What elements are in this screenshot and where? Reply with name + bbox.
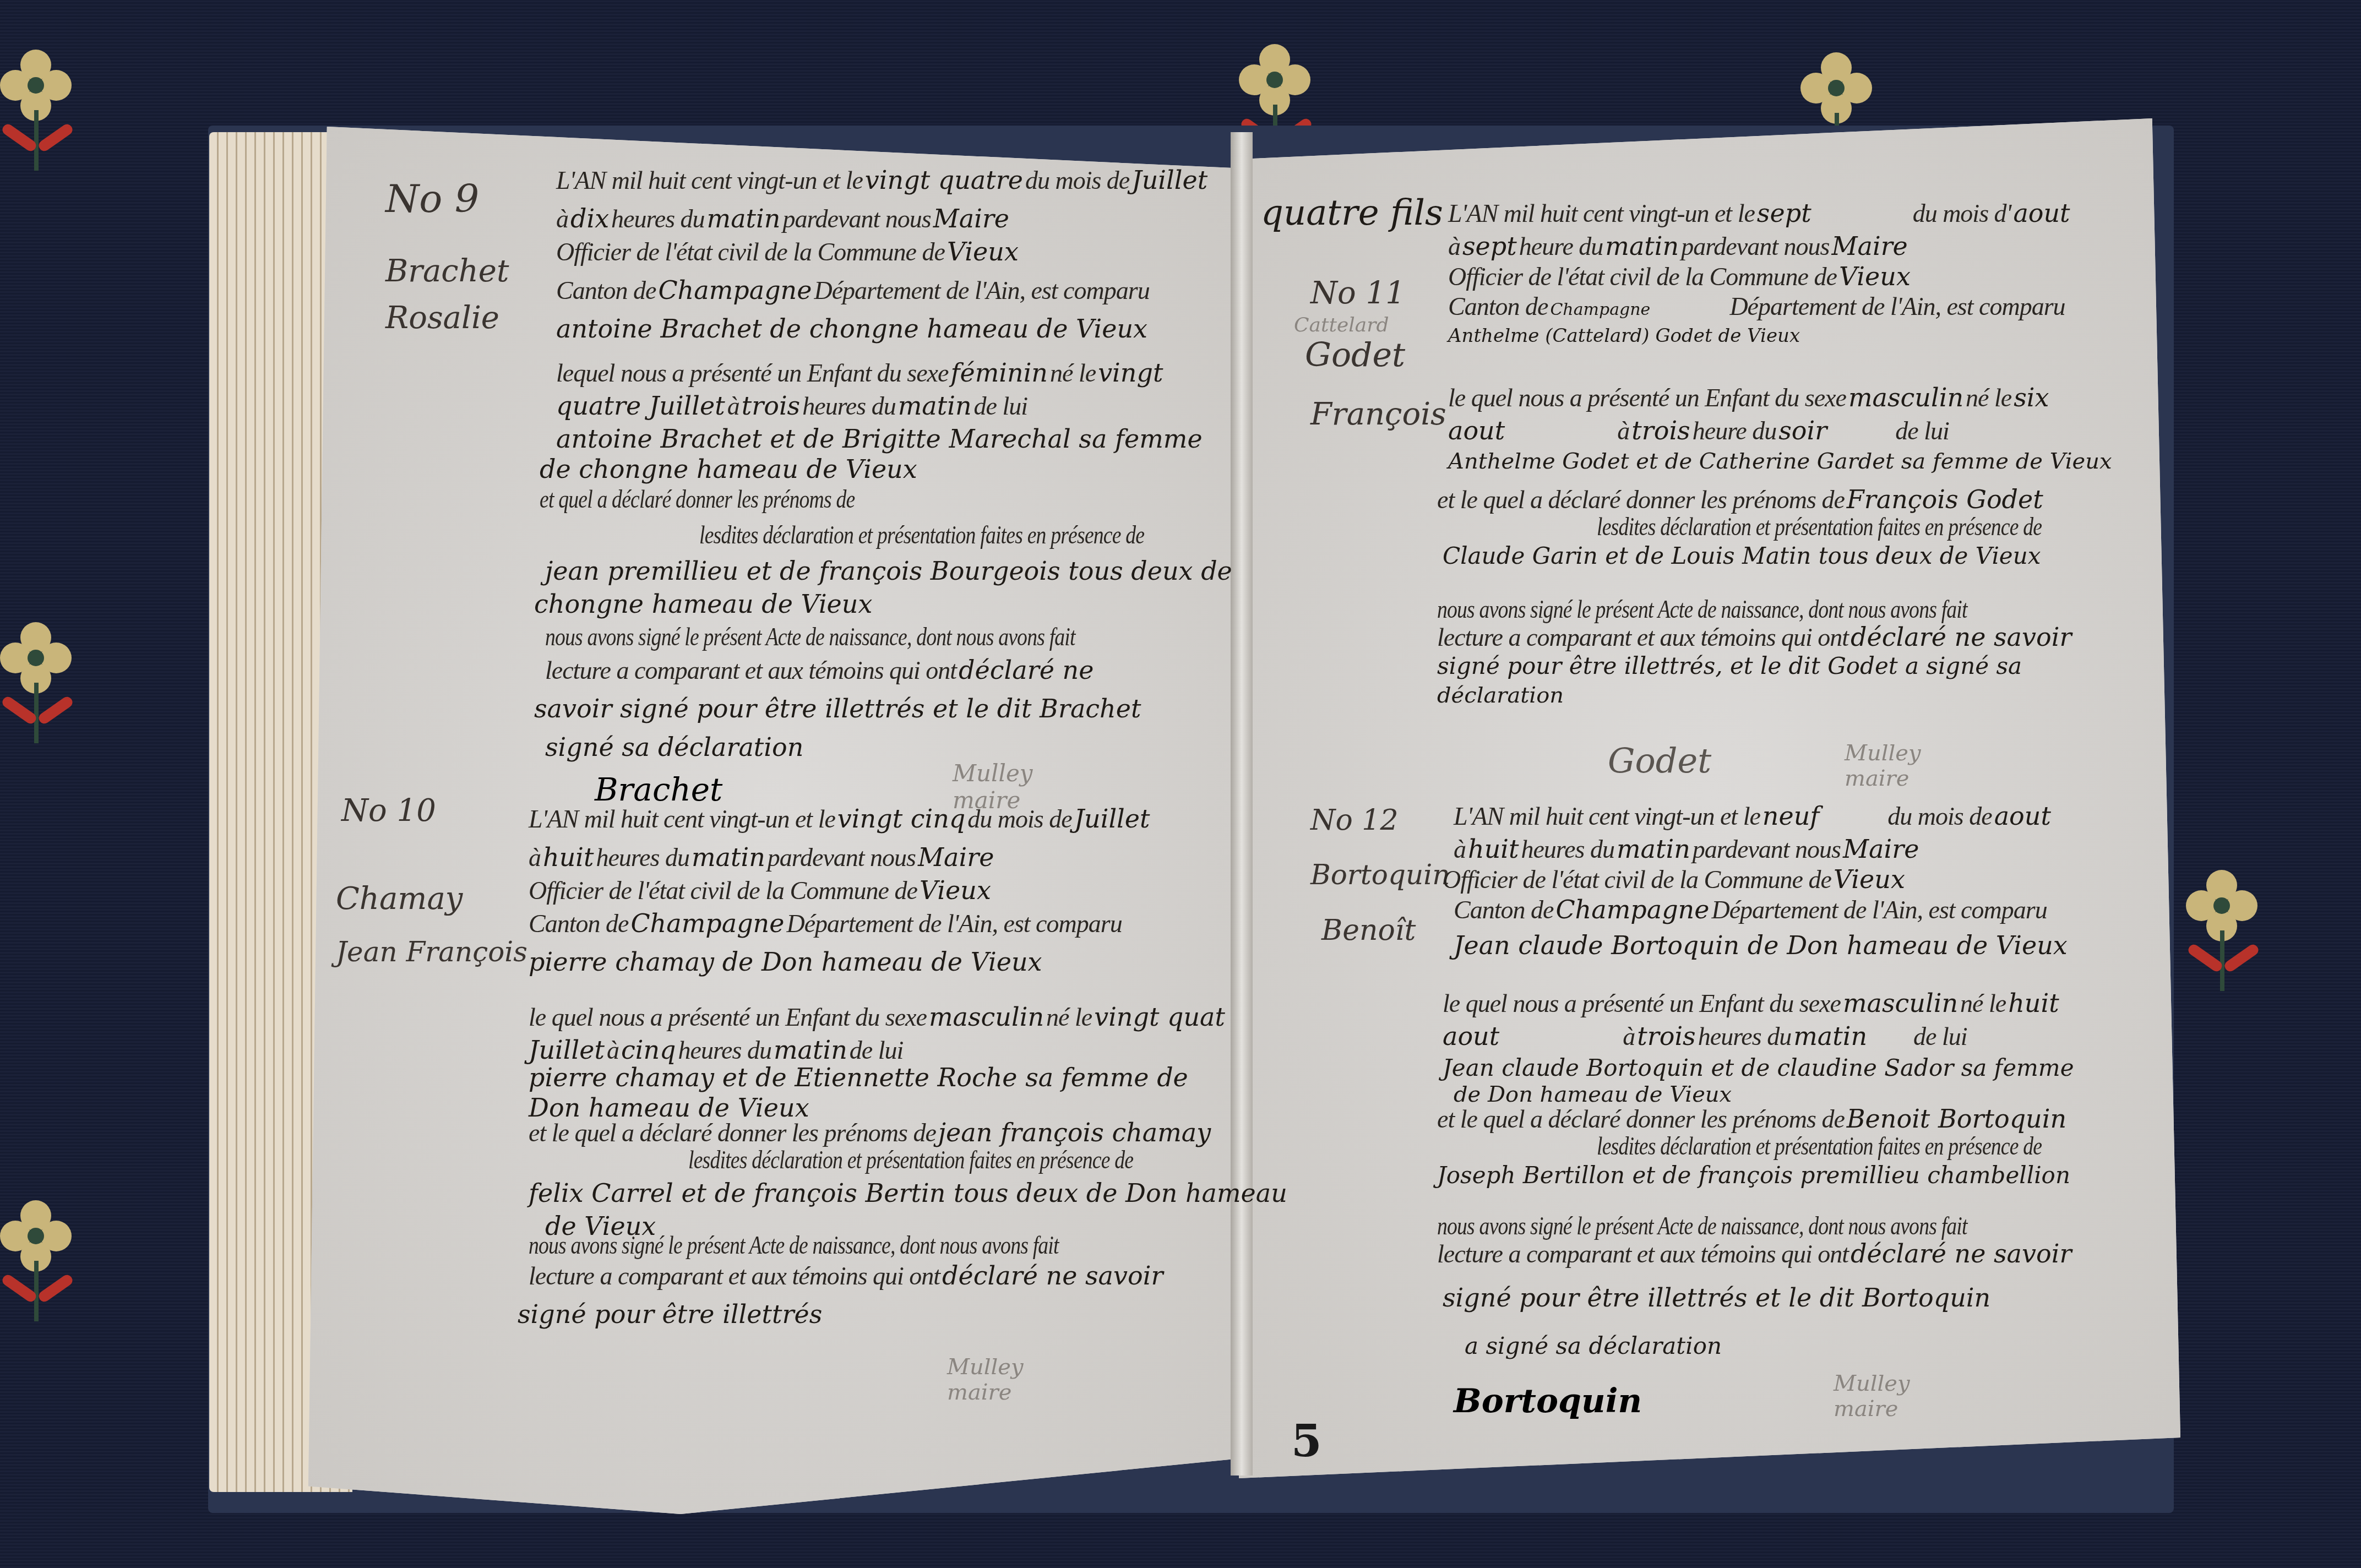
- handwritten-text: sept: [1757, 198, 1811, 228]
- handwritten-text: signé pour être illettrés: [518, 1299, 822, 1329]
- handwritten-text: François Godet: [1847, 484, 2043, 514]
- printed-text: Département de l'Ain, est comparu: [1711, 896, 2047, 924]
- act-line: lecture a comparant et aux témoins qui o…: [1437, 1239, 2071, 1268]
- handwritten-text: pierre chamay et de Etiennette Roche sa …: [529, 1063, 1188, 1092]
- handwritten-text: matin: [692, 842, 765, 872]
- handwritten-text: signé sa déclaration: [545, 732, 803, 762]
- printed-text: du mois de: [1025, 166, 1129, 194]
- printed-text: né le: [1960, 989, 2006, 1017]
- handwritten-text: huit: [1468, 834, 1519, 864]
- printed-text: pardevant nous: [1681, 232, 1829, 260]
- handwritten-text: masculin: [929, 1002, 1044, 1032]
- act-line: Officier de l'état civil de la Commune d…: [556, 237, 1019, 266]
- handwritten-text: savoir signé pour être illettrés et le d…: [534, 694, 1141, 723]
- handwritten-text: Jean claude Bortoquin de Don hameau de V…: [1454, 930, 2068, 960]
- printed-text: nous avons signé le présent Acte de nais…: [1437, 595, 1967, 624]
- printed-text: nous avons signé le présent Acte de nais…: [1437, 1211, 1967, 1240]
- printed-text: de lui: [850, 1036, 903, 1064]
- handwritten-text: masculin: [1848, 383, 1963, 412]
- printed-text: L'AN mil huit cent vingt-un et le: [1448, 199, 1755, 227]
- handwritten-text: trois: [742, 391, 801, 421]
- top-margin-note: quatre fils: [1261, 193, 1443, 233]
- printed-text: pardevant nous: [768, 843, 916, 872]
- printed-text: nous avons signé le présent Acte de nais…: [545, 622, 1075, 651]
- handwritten-text: aout: [1443, 1021, 1499, 1051]
- printed-text: né le: [1050, 359, 1096, 387]
- printed-text: à: [1623, 1022, 1635, 1050]
- handwritten-text: Maire: [933, 204, 1009, 233]
- printed-text: à: [556, 205, 568, 233]
- handwritten-text: signé pour être illettrés, et le dit God…: [1437, 652, 2022, 679]
- printed-text: heure du: [1519, 232, 1603, 260]
- printed-text: pardevant nous: [1693, 835, 1841, 863]
- printed-text: de lui: [1895, 417, 1949, 445]
- signature-declarant: Brachet: [595, 771, 722, 808]
- act-number: No 10: [341, 793, 436, 829]
- act-line: L'AN mil huit cent vingt-un et le vingt …: [556, 165, 1207, 195]
- handwritten-text: matin: [1617, 834, 1690, 864]
- margin-surname: Bortoquin: [1310, 859, 1450, 891]
- handwritten-text: matin: [1605, 231, 1679, 261]
- printed-text: lesdites déclaration et présentation fai…: [1597, 1131, 2042, 1161]
- handwritten-text: masculin: [1843, 988, 1958, 1018]
- handwritten-text: antoine Brachet de chongne hameau de Vie…: [556, 314, 1147, 344]
- signature-declarant: Godet: [1608, 741, 1711, 781]
- printed-text: à: [1617, 417, 1629, 445]
- act-line: Canton de Champagne Département de l'Ain…: [1448, 292, 2065, 321]
- handwritten-text: Maire: [918, 842, 994, 872]
- handwritten-text: féminin: [950, 358, 1048, 388]
- margin-given-name: Rosalie: [385, 300, 499, 336]
- printed-text: à: [607, 1036, 619, 1064]
- act-line: aout à trois heures du matin de lui: [1443, 1021, 1967, 1051]
- handwritten-text: Vieux: [1834, 864, 1905, 894]
- act-line: L'AN mil huit cent vingt-un et le vingt …: [529, 804, 1150, 834]
- handwritten-text: Champagne: [630, 908, 784, 938]
- printed-text: du mois de: [967, 805, 1071, 833]
- handwritten-text: vingt quat: [1094, 1002, 1225, 1032]
- printed-text: Département de l'Ain, est comparu: [1729, 292, 2065, 320]
- handwritten-text: aout: [2013, 198, 2070, 228]
- act-line: à sept heure du matin pardevant nous Mai…: [1448, 231, 1908, 261]
- printed-text: heure du: [1693, 417, 1777, 445]
- handwritten-text: pierre chamay de Don hameau de Vieux: [529, 947, 1042, 977]
- margin-given-name: Benoît: [1321, 914, 1416, 947]
- printed-text: lesdites déclaration et présentation fai…: [688, 1145, 1133, 1174]
- act-line: Officier de l'état civil de la Commune d…: [1448, 262, 1911, 291]
- printed-text: pardevant nous: [782, 205, 931, 233]
- handwritten-text: déclaré ne savoir: [1851, 622, 2071, 652]
- handwritten-text: dix: [570, 204, 609, 233]
- handwritten-text: huit: [543, 842, 594, 872]
- printed-text: Canton de: [556, 276, 656, 304]
- act-line: le quel nous a présenté un Enfant du sex…: [1443, 988, 2059, 1018]
- handwritten-text: Champagne: [1550, 300, 1650, 319]
- signature-mayor: Mulley maire: [1834, 1371, 1922, 1422]
- handwritten-text: Vieux: [1839, 262, 1911, 291]
- printed-text: à: [727, 392, 739, 420]
- book-gutter: [1231, 132, 1253, 1476]
- handwritten-text: signé pour être illettrés et le dit Bort…: [1443, 1283, 1990, 1313]
- printed-text: né le: [1046, 1003, 1092, 1031]
- handwritten-text: Anthelme (Cattelard) Godet de Vieux: [1448, 325, 1800, 347]
- handwritten-text: vingt: [1098, 358, 1163, 388]
- printed-text: lecture a comparant et aux témoins qui o…: [1437, 1240, 1848, 1268]
- handwritten-text: cinq: [621, 1035, 676, 1065]
- printed-text: du mois de: [1887, 802, 1992, 830]
- printed-text: Canton de: [1448, 292, 1548, 320]
- printed-text: heures du: [678, 1036, 771, 1064]
- printed-text: du mois d': [1913, 199, 2011, 227]
- printed-text: lesdites déclaration et présentation fai…: [1597, 512, 2042, 541]
- printed-text: Officier de l'état civil de la Commune d…: [1448, 263, 1837, 291]
- handwritten-text: Vieux: [947, 237, 1019, 266]
- handwritten-text: vingt quatre: [865, 165, 1023, 195]
- printed-text: heures du: [611, 205, 704, 233]
- handwritten-text: Maire: [1843, 834, 1919, 864]
- handwritten-text: Benoit Bortoquin: [1847, 1104, 2066, 1134]
- printed-text: L'AN mil huit cent vingt-un et le: [1454, 802, 1760, 830]
- handwritten-text: Champagne: [1555, 895, 1709, 924]
- margin-surname: Brachet: [385, 253, 509, 289]
- act-line: quatre Juillet à trois heures du matin d…: [556, 391, 1027, 421]
- handwritten-text: six: [2014, 383, 2049, 412]
- handwritten-text: chongne hameau de Vieux: [534, 589, 872, 619]
- act-line: à huit heures du matin pardevant nous Ma…: [529, 842, 994, 872]
- printed-text: le quel nous a présenté un Enfant du sex…: [1443, 989, 1841, 1017]
- cloth-flower-icon: [0, 1200, 77, 1327]
- printed-text: lesdites déclaration et présentation fai…: [699, 520, 1144, 549]
- handwritten-text: antoine Brachet et de Brigitte Marechal …: [556, 424, 1203, 454]
- handwritten-text: Juillet: [1131, 165, 1207, 195]
- act-line: lequel nous a présenté un Enfant du sexe…: [556, 358, 1163, 388]
- handwritten-text: déclaré ne savoir: [1851, 1239, 2071, 1268]
- act-line: Officier de l'état civil de la Commune d…: [1443, 864, 1905, 894]
- act-line: le quel nous a présenté un Enfant du sex…: [529, 1002, 1225, 1032]
- handwritten-text: Jean claude Bortoquin et de claudine Sad…: [1443, 1054, 2074, 1081]
- printed-text: né le: [1966, 384, 2011, 412]
- printed-text: L'AN mil huit cent vingt-un et le: [556, 166, 863, 194]
- handwritten-text: aout: [1448, 416, 1505, 445]
- handwritten-text: matin: [1793, 1021, 1867, 1051]
- handwritten-text: Juillet: [1074, 804, 1150, 834]
- signature-declarant: Bortoquin: [1454, 1382, 1642, 1420]
- act-line: lecture a comparant et aux témoins qui o…: [529, 1261, 1163, 1291]
- printed-text: Officier de l'état civil de la Commune d…: [1443, 865, 1831, 894]
- printed-text: lecture a comparant et aux témoins qui o…: [1437, 623, 1848, 651]
- handwritten-text: sept: [1462, 231, 1517, 261]
- printed-text: lecture a comparant et aux témoins qui o…: [529, 1262, 940, 1290]
- printed-text: lecture a comparant et aux témoins qui o…: [545, 656, 956, 684]
- printed-text: le quel nous a présenté un Enfant du sex…: [1448, 384, 1846, 412]
- handwritten-text: Champagne: [658, 275, 812, 305]
- act-line: Juillet à cinq heures du matin de lui: [529, 1035, 903, 1065]
- signature-mayor: Mulley maire: [947, 1354, 1035, 1405]
- act-line: L'AN mil huit cent vingt-un et le sept d…: [1448, 198, 2070, 228]
- handwritten-text: aout: [1994, 801, 2051, 831]
- printed-text: et le quel a déclaré donner les prénoms …: [529, 1119, 936, 1147]
- handwritten-text: jean françois chamay: [938, 1118, 1211, 1147]
- handwritten-text: Anthelme Godet et de Catherine Gardet sa…: [1448, 449, 2112, 474]
- handwritten-text: matin: [707, 204, 781, 233]
- handwritten-text: soir: [1778, 416, 1827, 445]
- handwritten-text: déclaration: [1437, 683, 1564, 708]
- handwritten-text: trois: [1637, 1021, 1696, 1051]
- printed-text: heures du: [802, 392, 895, 420]
- printed-text: L'AN mil huit cent vingt-un et le: [529, 805, 835, 833]
- printed-text: nous avons signé le présent Acte de nais…: [529, 1231, 1059, 1260]
- act-line: lecture a comparant et aux témoins qui o…: [545, 655, 1094, 685]
- act-line: à huit heures du matin pardevant nous Ma…: [1454, 834, 1919, 864]
- handwritten-text: trois: [1631, 416, 1690, 445]
- act-line: le quel nous a présenté un Enfant du sex…: [1448, 383, 2049, 412]
- handwritten-text: jean premillieu et de françois Bourgeois…: [545, 556, 1232, 586]
- act-line: à dix heures du matin pardevant nous Mai…: [556, 204, 1009, 233]
- handwritten-text: déclaré ne: [959, 655, 1094, 685]
- printed-text: et le quel a déclaré donner les prénoms …: [1437, 1105, 1845, 1133]
- printed-text: de lui: [974, 392, 1027, 420]
- act-line: lecture a comparant et aux témoins qui o…: [1437, 622, 2071, 652]
- cloth-flower-icon: [0, 622, 77, 749]
- printed-text: heures du: [1521, 835, 1614, 863]
- printed-text: de lui: [1913, 1022, 1967, 1050]
- margin-extra-name: Cattelard: [1294, 314, 1389, 336]
- act-line: L'AN mil huit cent vingt-un et le neuf d…: [1454, 801, 2051, 831]
- handwritten-text: felix Carrel et de françois Bertin tous …: [529, 1178, 1287, 1208]
- act-number: No 11: [1310, 275, 1405, 311]
- margin-surname: Chamay: [336, 881, 463, 917]
- margin-given-name: François: [1310, 396, 1446, 432]
- printed-text: à: [529, 843, 541, 872]
- act-number: No 12: [1310, 804, 1399, 837]
- printed-text: Département de l'Ain, est comparu: [814, 276, 1149, 304]
- signature-mayor: Mulley maire: [1845, 741, 1933, 791]
- act-line: Canton de Champagne Département de l'Ain…: [1454, 895, 2047, 924]
- act-line: aout à trois heure du soir de lui: [1448, 416, 1949, 445]
- act-line: Canton de Champagne Département de l'Ain…: [556, 275, 1150, 305]
- handwritten-text: de chongne hameau de Vieux: [540, 454, 917, 484]
- printed-text: lequel nous a présenté un Enfant du sexe: [556, 359, 948, 387]
- act-line: et le quel a déclaré donner les prénoms …: [529, 1118, 1211, 1147]
- printed-text: à: [1454, 835, 1466, 863]
- printed-text: le quel nous a présenté un Enfant du sex…: [529, 1003, 927, 1031]
- cloth-flower-icon: [0, 50, 77, 176]
- handwritten-text: huit: [2008, 988, 2059, 1018]
- printed-text: Officier de l'état civil de la Commune d…: [529, 876, 917, 905]
- handwritten-text: quatre Juillet: [556, 391, 725, 421]
- handwritten-text: neuf: [1762, 801, 1820, 831]
- handwritten-text: Claude Garin et de Louis Matin tous deux…: [1443, 542, 2041, 569]
- printed-text: et le quel a déclaré donner les prénoms …: [1437, 486, 1845, 514]
- printed-text: heures du: [1698, 1022, 1791, 1050]
- printed-text: à: [1448, 232, 1460, 260]
- printed-text: Canton de: [529, 910, 628, 938]
- act-line: et le quel a déclaré donner les prénoms …: [1437, 1104, 2066, 1134]
- handwritten-text: matin: [898, 391, 972, 421]
- printed-text: heures du: [596, 843, 689, 872]
- handwritten-text: Joseph Bertillon et de françois premilli…: [1437, 1162, 2070, 1189]
- act-line: Officier de l'état civil de la Commune d…: [529, 875, 991, 905]
- margin-surname: Godet: [1305, 336, 1405, 374]
- handwritten-text: Juillet: [529, 1035, 605, 1065]
- handwritten-text: Maire: [1831, 231, 1907, 261]
- act-line: et le quel a déclaré donner les prénoms …: [1437, 484, 2043, 514]
- handwritten-text: matin: [774, 1035, 847, 1065]
- printed-text: Canton de: [1454, 896, 1553, 924]
- cloth-flower-icon: [2180, 870, 2263, 997]
- act-number: No 9: [385, 176, 479, 221]
- handwritten-text: a signé sa déclaration: [1465, 1332, 1722, 1359]
- printed-text: Département de l'Ain, est comparu: [786, 910, 1122, 938]
- printed-text: et quel a déclaré donner les prénoms de: [540, 484, 855, 514]
- printed-text: Officier de l'état civil de la Commune d…: [556, 238, 945, 266]
- handwritten-text: Vieux: [920, 875, 991, 905]
- page-number: 5: [1291, 1415, 1322, 1467]
- act-line: Canton de Champagne Département de l'Ain…: [529, 908, 1122, 938]
- handwritten-text: vingt cinq: [837, 804, 965, 834]
- margin-given-name: Jean François: [336, 936, 527, 968]
- handwritten-text: déclaré ne savoir: [942, 1261, 1163, 1291]
